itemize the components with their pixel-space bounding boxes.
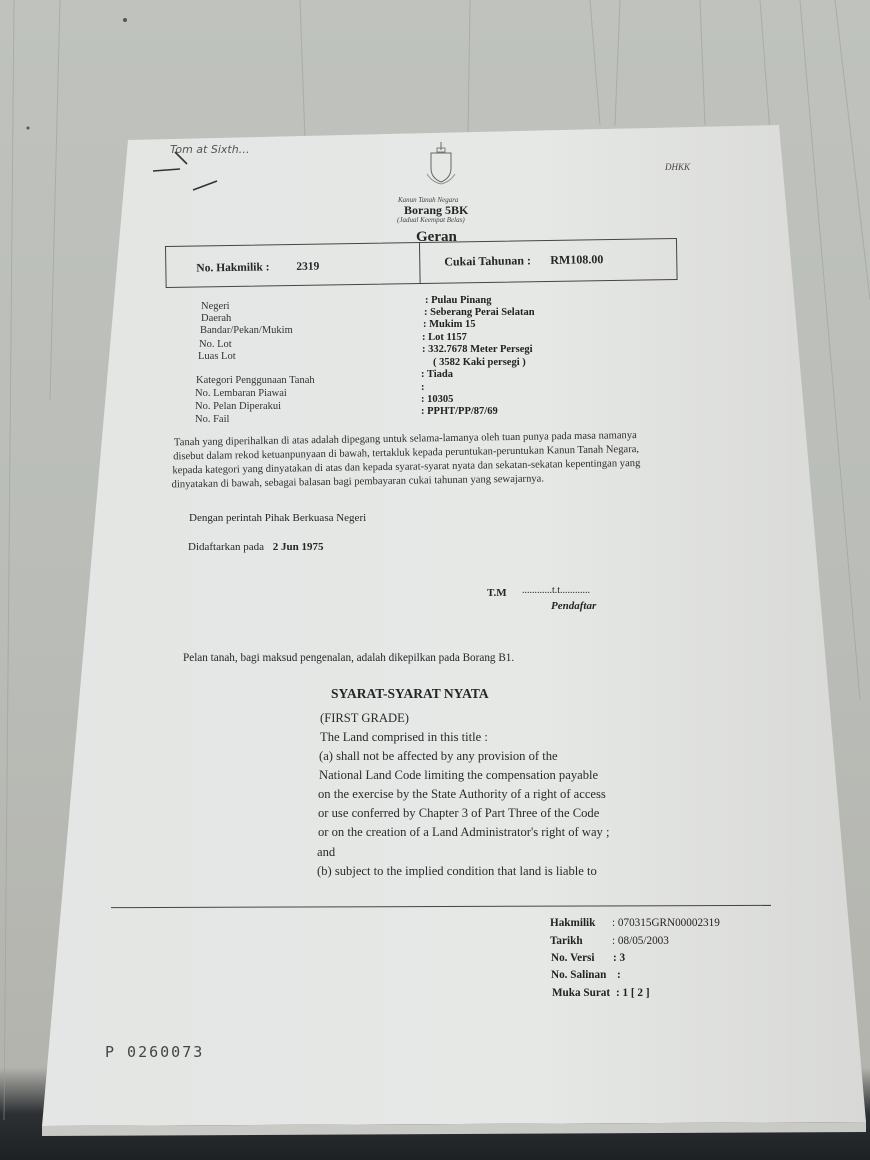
hakmilik-label: No. Hakmilik : <box>196 261 269 274</box>
meta-value: : 070315GRN00002319 <box>612 917 720 929</box>
field-label: Bandar/Pekan/Mukim <box>200 325 293 336</box>
meta-label: No. Versi <box>551 952 595 964</box>
field-value: Lot 1157 <box>428 332 467 343</box>
coat-of-arms-icon <box>424 140 458 186</box>
form-code: DHKK <box>665 162 690 172</box>
meta-value: : 1 [ 2 ] <box>616 987 650 999</box>
cukai-value: RM108.00 <box>550 252 603 268</box>
plan-note: Pelan tanah, bagi maksud pengenalan, ada… <box>183 652 514 664</box>
condition-line: or on the creation of a Land Administrat… <box>318 821 610 845</box>
field-value: Mukim 15 <box>429 319 475 330</box>
field-label: No. Pelan Diperakui <box>195 401 281 412</box>
field-value: 10305 <box>427 394 453 405</box>
meta-value: : <box>617 969 621 981</box>
handwritten-marks <box>145 148 235 198</box>
meta-label: Hakmilik <box>550 917 595 929</box>
field-value: Tiada <box>427 369 453 380</box>
field-label: No. Lot <box>199 339 232 350</box>
schedule-name: (Jadual Keempat Belas) <box>397 216 465 224</box>
meta-value: : 08/05/2003 <box>612 935 669 947</box>
meta-label: Tarikh <box>550 935 583 947</box>
field-value: Pulau Pinang <box>431 295 491 306</box>
field-label: No. Lembaran Piawai <box>195 388 287 399</box>
meta-value: : 3 <box>613 952 625 964</box>
tm-label: T.M <box>487 587 507 599</box>
field-value: 332.7678 Meter Persegi <box>428 344 532 355</box>
field-label: Negeri <box>201 301 230 312</box>
title-number-box: No. Hakmilik : 2319 Cukai Tahunan : RM10… <box>165 238 678 288</box>
registered-date: 2 Jun 1975 <box>273 541 324 553</box>
condition-line: (b) subject to the implied condition tha… <box>317 860 597 884</box>
field-value: Seberang Perai Selatan <box>430 307 534 318</box>
field-label: Kategori Penggunaan Tanah <box>196 375 315 386</box>
field-label: Luas Lot <box>198 351 236 362</box>
hakmilik-value: 2319 <box>296 261 319 273</box>
field-value: PPHT/PP/87/69 <box>427 406 498 417</box>
meta-label: No. Salinan <box>551 969 606 981</box>
serial-number: P 0260073 <box>105 1043 204 1061</box>
registered-label: Didaftarkan pada <box>188 541 264 553</box>
field-label: Daerah <box>201 313 231 324</box>
conditions-heading: SYARAT-SYARAT NYATA <box>331 686 489 702</box>
meta-label: Muka Surat <box>552 987 610 999</box>
field-value-extra: ( 3582 Kaki persegi ) <box>433 357 526 368</box>
signature-line: ............t.t............ <box>522 585 590 596</box>
order-text: Dengan perintah Pihak Berkuasa Negeri <box>189 512 366 524</box>
registrar-label: Pendaftar <box>551 600 596 612</box>
cukai-label: Cukai Tahunan : <box>444 253 531 269</box>
field-label: No. Fail <box>195 414 229 425</box>
